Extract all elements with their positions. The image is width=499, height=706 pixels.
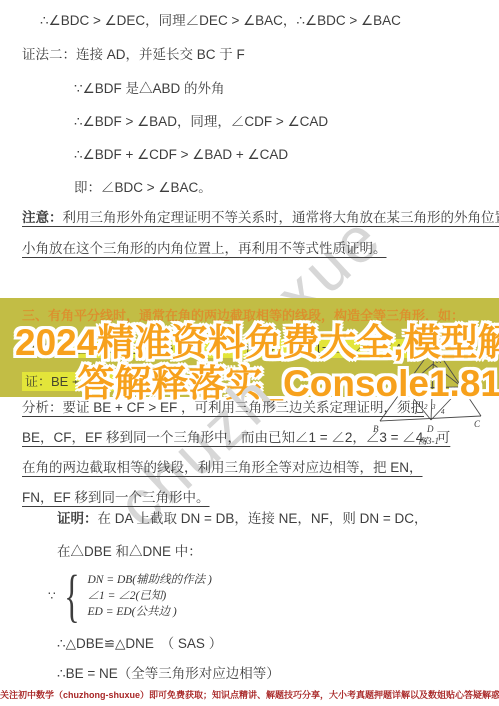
proof-in-triangles: 在△DBE 和△DNE 中： [57, 544, 202, 560]
system-line-2: ∠1 = ∠2(已知) [87, 588, 211, 604]
left-brace: { [64, 570, 79, 622]
method2-title: 证法二：连接 AD，并延长交 BC 于 F [22, 47, 245, 63]
note-label: 注意： [22, 210, 63, 225]
analysis-line-4: FN，EF 移到同一个三角形中。 [22, 490, 210, 506]
proof-conclusion-1: ∴△DBE≌△DNE （ SAS ） [57, 636, 222, 652]
analysis-line-2: BE，CF，EF 移到同一个三角形中，而由已知∠1 = ∠2，∠3 = ∠4，可 [22, 430, 450, 446]
note-line-1-text: 利用三角形外角定理证明不等关系时，通常将大角放在某三角形的外角位置上， [63, 210, 499, 225]
note-line-2: 小角放在这个三角形的内角位置上，再利用不等式性质证明。 [22, 241, 387, 257]
method2-step-2: ∴∠BDF > ∠BAD，同理，∠CDF > ∠CAD [74, 114, 328, 130]
system-line-3: ED = ED(公共边 ) [87, 604, 211, 620]
proof-line-conclusion: ∴∠BDC > ∠DEC，同理∠DEC > ∠BAC，∴∠BDC > ∠BAC [40, 13, 401, 29]
document-page: xue ∴∠BDC > ∠DEC，同理∠DEC > ∠BAC，∴∠BDC > ∠… [0, 0, 499, 706]
figure-label-C: C [474, 419, 481, 429]
overlay-text-line-2: 答解释落实_Console1.813 [50, 353, 499, 407]
note-line-1: 注意：利用三角形外角定理证明不等关系时，通常将大角放在某三角形的外角位置上， [22, 210, 499, 226]
analysis-line-1: 分析：要证 BE + CF > EF ，可利用三角形三边关系定理证明，须把 [22, 400, 424, 416]
proof-label: 证明： [57, 511, 98, 526]
method2-step-3: ∴∠BDF + ∠CDF > ∠BAD + ∠CAD [74, 147, 288, 163]
footer-promo-text: 关注初中数学（chuzhong-shuxue）即可免费获取；知识点精讲、解题技巧… [0, 688, 499, 701]
method2-step-1: ∵∠BDF 是△ABD 的外角 [74, 81, 224, 97]
proof-conclusion-2: ∴BE = NE（全等三角形对应边相等） [57, 666, 280, 682]
system-lines: DN = DB(辅助线的作法 ) ∠1 = ∠2(已知) ED = ED(公共边… [87, 572, 211, 620]
proof-statement-text: 在 DA 上截取 DN = DB，连接 NE，NF，则 DN = DC， [98, 511, 428, 526]
because-symbol: ∵ [48, 589, 56, 603]
method2-step-4: 即：∠BDC > ∠BAC。 [74, 180, 212, 196]
analysis-line-3: 在角的两边截取相等的线段，利用三角形全等对应边相等，把 EN， [22, 460, 423, 476]
proof-statement: 证明：在 DA 上截取 DN = DB，连接 NE，NF，则 DN = DC， [57, 511, 428, 527]
figure-angle-4: 4 [441, 408, 445, 416]
system-line-1: DN = DB(辅助线的作法 ) [87, 572, 211, 588]
equation-system: ∵ { DN = DB(辅助线的作法 ) ∠1 = ∠2(已知) ED = ED… [48, 570, 212, 622]
